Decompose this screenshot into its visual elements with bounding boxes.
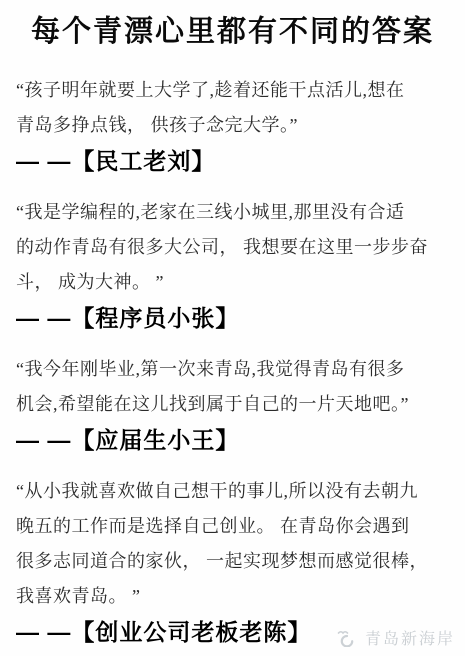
quote-text: “从小我就喜欢做自己想干的事儿,所以没有去朝九 晚五的工作而是选择自己创业。 在…: [16, 474, 449, 614]
article-page: 每个青漂心里都有不同的答案 “孩子明年就要上大学了,趁着还能干点活儿,想在 青岛…: [0, 0, 465, 656]
quote-block-fresh-graduate: “我今年刚毕业,第一次来青岛,我觉得青岛有很多 机会,希望能在这儿找到属于自己的…: [16, 352, 449, 455]
quote-block-startup-boss: “从小我就喜欢做自己想干的事儿,所以没有去朝九 晚五的工作而是选择自己创业。 在…: [16, 474, 449, 647]
watermark: 青岛新海岸: [337, 626, 455, 649]
watermark-text: 青岛新海岸: [365, 626, 455, 649]
quote-text: “我今年刚毕业,第一次来青岛,我觉得青岛有很多 机会,希望能在这儿找到属于自己的…: [16, 352, 449, 422]
quote-block-programmer: “我是学编程的,老家在三线小城里,那里没有合适 的动作青岛有很多大公司， 我想要…: [16, 195, 449, 333]
quote-attribution: — —【应届生小王】: [16, 425, 449, 455]
quote-block-migrant-worker: “孩子明年就要上大学了,趁着还能干点活儿,想在 青岛多挣点钱， 供孩子念完大学。…: [16, 73, 449, 176]
quote-text: “孩子明年就要上大学了,趁着还能干点活儿,想在 青岛多挣点钱， 供孩子念完大学。…: [16, 73, 449, 143]
seagull-circle-logo-icon: [337, 629, 359, 647]
quote-attribution: — —【民工老刘】: [16, 146, 449, 176]
quote-attribution: — —【程序员小张】: [16, 303, 449, 333]
quote-text: “我是学编程的,老家在三线小城里,那里没有合适 的动作青岛有很多大公司， 我想要…: [16, 195, 449, 300]
page-title: 每个青漂心里都有不同的答案: [16, 10, 449, 55]
